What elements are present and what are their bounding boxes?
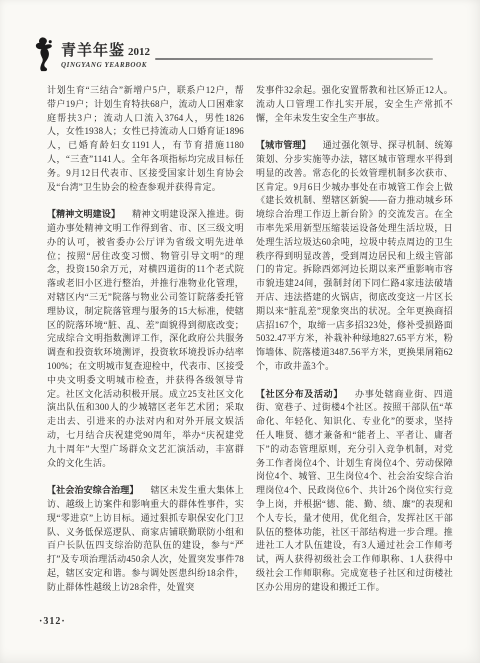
paragraph-text: 辖区未发生重大集体上访、越级上访案件和影响重大的群体性事件，实现“零进京”上访目… (47, 485, 244, 592)
header-divider-rule (155, 58, 433, 60)
page-number: ·312· (39, 616, 66, 627)
section-heading: 【精神文明建设】 (47, 209, 120, 219)
yearbook-logo-icon (33, 36, 57, 74)
paragraph-public-security: 【社会治安综合治理】辖区未发生重大集体上访、越级上访案件和影响重大的群体性事件，… (47, 484, 244, 594)
paragraph-text: 办事处辖商业街、四道街、宽巷子、过街楼4个社区。按照干部队伍“革命化、年轻化、知… (256, 389, 453, 592)
paragraph-spiritual-civilization: 【精神文明建设】精神文明建设深入推进。街道办事处精神文明工作得到省、市、区三级文… (47, 208, 244, 470)
paragraph-text: 通过强化领导、探寻机制、统筹策划、分步实施等办法，辖区城市管理水平得到明显的改善… (256, 140, 453, 371)
page-header: 青羊年鉴2012 QINGYANG YEARBOOK (33, 36, 150, 74)
yearbook-subtitle-en: QINGYANG YEARBOOK (61, 61, 150, 69)
left-column: 计划生育“三结合”新增户5户，联系户12户，帮带户19户；计划生育特扶68户，流… (47, 84, 244, 594)
section-heading: 【城市管理】 (256, 140, 311, 150)
section-heading: 【社会治安综合治理】 (47, 485, 139, 495)
section-heading: 【社区分布及活动】 (256, 389, 343, 399)
paragraph-text: 发事件32余起。强化安置帮教和社区矫正12人。流动人口管理工作扎实开展，安全生产… (256, 85, 453, 123)
yearbook-title-block: 青羊年鉴2012 QINGYANG YEARBOOK (61, 36, 150, 69)
paragraph-city-management: 【城市管理】通过强化领导、探寻机制、统筹策划、分步实施等办法，辖区城市管理水平得… (256, 139, 453, 374)
right-column: 发事件32余起。强化安置帮教和社区矫正12人。流动人口管理工作扎实开展，安全生产… (256, 84, 453, 594)
paragraph-public-security-continued: 发事件32余起。强化安置帮教和社区矫正12人。流动人口管理工作扎实开展，安全生产… (256, 84, 453, 125)
yearbook-year: 2012 (128, 46, 150, 58)
paragraph-text: 计划生育“三结合”新增户5户，联系户12户，帮带户19户；计划生育特扶68户，流… (47, 85, 244, 192)
paragraph-family-planning-continued: 计划生育“三结合”新增户5户，联系户12户，帮带户19户；计划生育特扶68户，流… (47, 84, 244, 194)
yearbook-title: 青羊年鉴 (61, 43, 125, 59)
text-columns: 计划生育“三结合”新增户5户，联系户12户，帮带户19户；计划生育特扶68户，流… (47, 84, 453, 594)
paragraph-community-distribution: 【社区分布及活动】办事处辖商业街、四道街、宽巷子、过街楼4个社区。按照干部队伍“… (256, 388, 453, 595)
paragraph-text: 精神文明建设深入推进。街道办事处精神文明工作得到省、市、区三级文明办的认可，被省… (47, 209, 244, 467)
yearbook-page: 青羊年鉴2012 QINGYANG YEARBOOK 计划生育“三结合”新增户5… (0, 0, 480, 663)
